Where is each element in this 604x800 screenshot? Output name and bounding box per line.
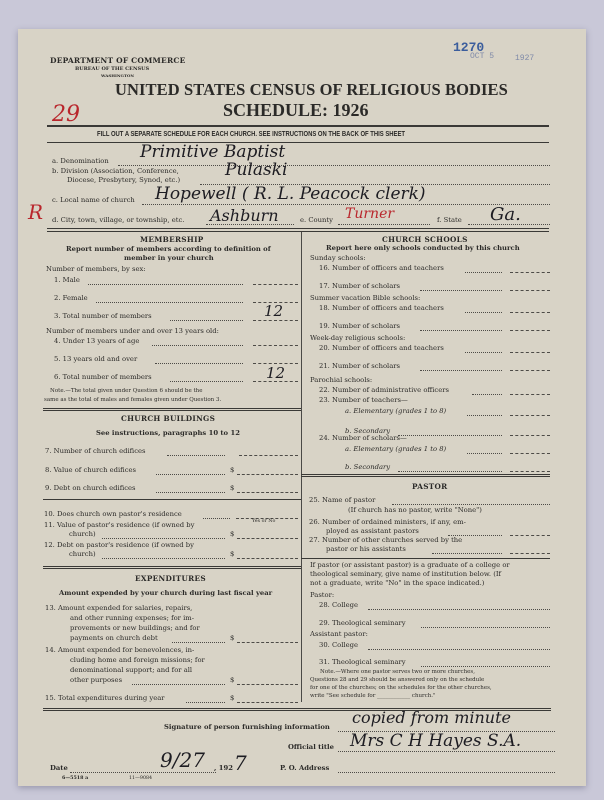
- divider: [43, 408, 301, 409]
- denomination-value[interactable]: Primitive Baptist: [140, 142, 285, 162]
- q12-field[interactable]: [237, 558, 298, 559]
- q24b-field[interactable]: [510, 471, 550, 472]
- school-question-field[interactable]: [510, 370, 550, 371]
- church-schools-subheading: Report here only schools conducted by th…: [326, 244, 520, 252]
- po-address-field[interactable]: [338, 772, 555, 773]
- q3-total-value: 12: [264, 302, 283, 320]
- state-value[interactable]: Ga.: [490, 204, 521, 225]
- divider: [301, 474, 550, 475]
- q11-label: 11. Value of pastor's residence (if owne…: [44, 521, 194, 529]
- q14-leader: [132, 684, 225, 685]
- denomination-label: a. Denomination: [52, 157, 109, 165]
- q9-label: 9. Debt on church edifices: [45, 484, 136, 492]
- q3-total-field[interactable]: [253, 320, 298, 321]
- q22-field[interactable]: [510, 394, 550, 395]
- q27-leader: [432, 553, 502, 554]
- form-title: UNITED STATES CENSUS OF RELIGIOUS BODIES: [115, 80, 508, 100]
- q4-under13-field[interactable]: [253, 345, 298, 346]
- local-name-value[interactable]: Hopewell ( R. L. Peacock clerk): [155, 184, 426, 204]
- q15-currency: $: [230, 694, 234, 702]
- q27-label-2: pastor or his assistants: [326, 545, 406, 553]
- q23b-leader: [398, 435, 502, 436]
- q28-label: 28. College: [319, 601, 358, 609]
- q31-field[interactable]: [421, 666, 550, 667]
- q10-hint: Yes or No: [252, 519, 275, 524]
- divider: [301, 476, 550, 477]
- members-by-sex-label: Number of members, by sex:: [46, 265, 146, 273]
- divider: [43, 410, 301, 411]
- school-question-field[interactable]: [510, 312, 550, 313]
- q24a-field[interactable]: [510, 453, 550, 454]
- school-question-label: 16. Number of officers and teachers: [319, 264, 444, 272]
- q13-label-4: payments on church debt: [70, 634, 158, 642]
- school-question-field[interactable]: [510, 352, 550, 353]
- pastor-note-2: Questions 28 and 29 should be answered o…: [310, 677, 484, 683]
- local-name-label: c. Local name of church: [52, 196, 135, 204]
- q24-label: 24. Number of scholars—: [319, 434, 407, 442]
- county-value[interactable]: Turner: [345, 206, 394, 222]
- q14-label-2: cluding home and foreign missions; for: [70, 656, 205, 664]
- q23a-label: a. Elementary (grades 1 to 8): [345, 407, 446, 415]
- q13-field[interactable]: [237, 642, 298, 643]
- membership-subheading-2: member in your church: [124, 254, 214, 262]
- school-question-label: 19. Number of scholars: [319, 322, 400, 330]
- department-name: DEPARTMENT OF COMMERCE: [50, 56, 186, 65]
- q13-leader: [172, 642, 225, 643]
- membership-note: Note.—The total given under Question 6 s…: [50, 388, 202, 394]
- school-question-leader: [465, 312, 502, 313]
- school-question-leader: [420, 290, 502, 291]
- q8-label: 8. Value of church edifices: [45, 466, 136, 474]
- q6-leader: [170, 381, 243, 382]
- q31-label: 31. Theological seminary: [319, 658, 406, 666]
- signature-label: Signature of person furnishing informati…: [164, 723, 330, 731]
- official-title-line: [338, 751, 555, 752]
- q14-label-3: denominational support; and for all: [70, 666, 192, 674]
- q24b-leader: [398, 471, 502, 472]
- q8-leader: [156, 474, 225, 475]
- q2-leader: [96, 302, 243, 303]
- q14-label: 14. Amount expended for benevolences, in…: [45, 646, 194, 654]
- divider: [47, 142, 549, 143]
- division-label: b. Division (Association, Conference,: [52, 167, 179, 175]
- column-divider: [301, 232, 302, 702]
- q3-label: 3. Total number of members: [54, 312, 152, 320]
- q25-label: 25. Name of pastor: [309, 496, 375, 504]
- divider: [301, 558, 550, 559]
- official-title-value[interactable]: Mrs C H Hayes S.A.: [350, 731, 521, 751]
- q29-label: 29. Theological seminary: [319, 619, 406, 627]
- graduate-note-3: not a graduate, write "No" in the space …: [310, 579, 484, 587]
- q11-label-2: church): [69, 530, 96, 538]
- q27-label: 27. Number of other churches served by t…: [309, 536, 462, 544]
- received-date-stamp: OCT 5: [470, 52, 494, 61]
- members-by-age-label: Number of members under and over 13 year…: [46, 327, 219, 335]
- bureau-name: BUREAU OF THE CENSUS: [75, 66, 149, 72]
- school-group-label: Summer vacation Bible schools:: [310, 294, 420, 302]
- q7-leader: [167, 455, 225, 456]
- school-question-leader: [420, 330, 502, 331]
- q4-label: 4. Under 13 years of age: [54, 337, 139, 345]
- q22-label: 22. Number of administrative officers: [319, 386, 449, 394]
- graduate-note: If pastor (or assistant pastor) is a gra…: [310, 561, 510, 569]
- city-value[interactable]: Ashburn: [210, 206, 279, 225]
- po-address-label: P. O. Address: [280, 764, 329, 772]
- q11-leader: [102, 538, 225, 539]
- red-file-number: 29: [52, 102, 80, 127]
- school-group-label: Week-day religious schools:: [310, 334, 405, 342]
- q5-leader: [155, 363, 243, 364]
- membership-heading: MEMBERSHIP: [140, 235, 204, 244]
- q12-leader: [102, 558, 225, 559]
- q9-currency: $: [230, 484, 234, 492]
- date-year-digit[interactable]: 7: [234, 751, 247, 775]
- q14-field[interactable]: [237, 684, 298, 685]
- signature-value[interactable]: copied from minute: [352, 708, 511, 727]
- school-question-field[interactable]: [510, 290, 550, 291]
- red-review-mark: R: [28, 200, 43, 224]
- assistant-pastor-label: Assistant pastor:: [310, 630, 368, 638]
- school-question-leader: [465, 352, 502, 353]
- parochial-label: Parochial schools:: [310, 376, 372, 384]
- q9-field[interactable]: [237, 492, 298, 493]
- county-line: [338, 224, 430, 225]
- divider: [43, 499, 301, 500]
- form-number: 6—5518 a: [62, 775, 88, 781]
- bureau-city: WASHINGTON: [101, 73, 134, 78]
- school-question-label: 18. Number of officers and teachers: [319, 304, 444, 312]
- pastor-heading: PASTOR: [412, 482, 448, 491]
- header-divider: [47, 125, 549, 127]
- church-buildings-subheading: See instructions, paragraphs 10 to 12: [96, 429, 240, 437]
- q15-leader: [186, 702, 225, 703]
- membership-subheading: Report number of members according to de…: [66, 245, 271, 253]
- q22-leader: [472, 394, 502, 395]
- q23a-leader: [467, 415, 502, 416]
- q28-field[interactable]: [368, 609, 550, 610]
- q15-field[interactable]: [237, 702, 298, 703]
- received-year-stamp: 1927: [515, 54, 534, 63]
- q24b-label: b. Secondary: [345, 463, 390, 471]
- q24a-label: a. Elementary (grades 1 to 8): [345, 445, 446, 453]
- q13-currency: $: [230, 634, 234, 642]
- denomination-line: [118, 165, 550, 166]
- school-group-label: Sunday schools:: [310, 254, 366, 262]
- q15-label: 15. Total expenditures during year: [45, 694, 165, 702]
- schedule-title: SCHEDULE: 1926: [223, 100, 369, 121]
- state-label: f. State: [437, 216, 462, 224]
- q12-label-2: church): [69, 550, 96, 558]
- pastor-subsection-label: Pastor:: [310, 591, 334, 599]
- expenditures-subheading: Amount expended by your church during la…: [59, 589, 272, 597]
- pastor-note: Note.—Where one pastor serves two or mor…: [320, 669, 475, 675]
- q13-label: 13. Amount expended for salaries, repair…: [45, 604, 192, 612]
- school-question-leader: [465, 272, 502, 273]
- school-question-label: 17. Number of scholars: [319, 282, 400, 290]
- q9-leader: [156, 492, 225, 493]
- expenditures-heading: EXPENDITURES: [135, 574, 206, 583]
- date-label: Date: [50, 764, 68, 772]
- q4-leader: [152, 345, 243, 346]
- divider: [47, 228, 549, 229]
- q12-currency: $: [230, 550, 234, 558]
- q25-hint: (If church has no pastor, write "None"): [348, 506, 482, 514]
- q1-male-field[interactable]: [253, 284, 298, 285]
- q13-label-2: and other running expenses; for im-: [70, 614, 194, 622]
- q25-field[interactable]: [392, 504, 550, 505]
- q8-field[interactable]: [237, 474, 298, 475]
- pastor-note-4: write "See schedule for ____________ chu…: [310, 693, 436, 699]
- q26-field[interactable]: [510, 535, 550, 536]
- county-label: e. County: [300, 216, 333, 224]
- date-line: [70, 772, 216, 773]
- division-value[interactable]: Pulaski: [225, 160, 287, 180]
- date-year-prefix: , 192: [214, 764, 233, 772]
- q24a-leader: [467, 453, 502, 454]
- church-buildings-heading: CHURCH BUILDINGS: [121, 414, 215, 423]
- date-value[interactable]: 9/27: [160, 748, 205, 772]
- school-question-label: 21. Number of scholars: [319, 362, 400, 370]
- q6-label: 6. Total number of members: [54, 373, 152, 381]
- division-label-2: Diocese, Presbytery, Synod, etc.): [67, 176, 180, 184]
- q29-field[interactable]: [421, 627, 550, 628]
- church-schools-heading: CHURCH SCHOOLS: [382, 235, 468, 244]
- q14-currency: $: [230, 676, 234, 684]
- divider: [43, 566, 301, 567]
- official-title-label: Official title: [288, 743, 334, 751]
- print-number: 11—9084: [129, 776, 152, 781]
- q14-label-4: other purposes: [70, 676, 122, 684]
- q8-currency: $: [230, 466, 234, 474]
- school-question-field[interactable]: [510, 272, 550, 273]
- membership-note-2: same as the total of males and females g…: [44, 397, 221, 403]
- q2-label: 2. Female: [54, 294, 88, 302]
- city-label: d. City, town, village, or township, etc…: [52, 216, 184, 224]
- q13-label-3: provements or new buildings; and for: [70, 624, 200, 632]
- schedule-instructions: FILL OUT A SEPARATE SCHEDULE FOR EACH CH…: [97, 129, 405, 138]
- q10-label: 10. Does church own pastor's residence: [44, 510, 182, 518]
- q7-label: 7. Number of church edifices: [45, 447, 146, 455]
- q1-leader: [88, 284, 243, 285]
- q27-field[interactable]: [510, 553, 550, 554]
- q23b-field[interactable]: [510, 435, 550, 436]
- q10-leader: [203, 518, 230, 519]
- school-question-leader: [420, 370, 502, 371]
- school-question-field[interactable]: [510, 330, 550, 331]
- q1-label: 1. Male: [54, 276, 80, 284]
- local-name-line: [142, 204, 550, 205]
- q5-label: 5. 13 years old and over: [54, 355, 137, 363]
- school-question-label: 20. Number of officers and teachers: [319, 344, 444, 352]
- pastor-note-3: for one of the churches; on the schedule…: [310, 685, 492, 691]
- q26-label-2: ployed as assistant pastors: [326, 527, 419, 535]
- q30-label: 30. College: [319, 641, 358, 649]
- q11-currency: $: [230, 530, 234, 538]
- divider: [47, 231, 549, 232]
- q3-leader: [170, 320, 243, 321]
- q11-field[interactable]: [237, 538, 298, 539]
- q30-field[interactable]: [368, 649, 550, 650]
- graduate-note-2: theological seminary, give name of insti…: [310, 570, 501, 578]
- q12-label: 12. Debt on pastor's residence (if owned…: [44, 541, 194, 549]
- q7-field[interactable]: [239, 455, 298, 456]
- q6-total-value: 12: [266, 364, 285, 382]
- q26-label: 26. Number of ordained ministers, if any…: [309, 518, 466, 526]
- q23a-field[interactable]: [510, 415, 550, 416]
- divider: [43, 568, 301, 569]
- q23-label: 23. Number of teachers—: [319, 396, 408, 404]
